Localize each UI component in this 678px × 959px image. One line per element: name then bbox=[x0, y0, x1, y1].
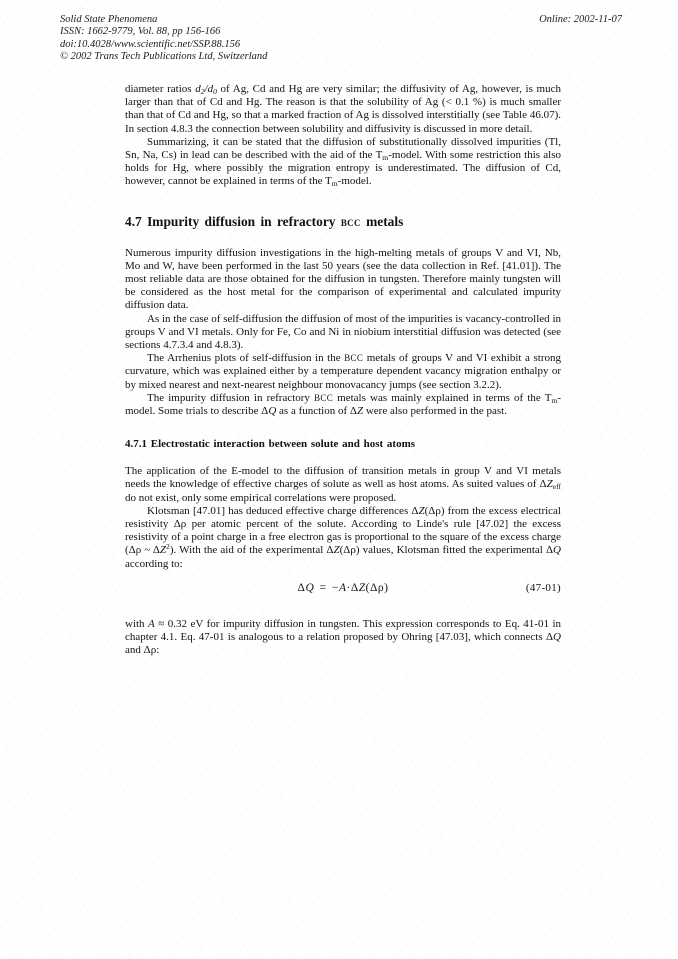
equation: ΔQ = −A·ΔZ(Δρ)(47-01) bbox=[125, 581, 561, 596]
text-segment: Numerous impurity diffusion investigatio… bbox=[125, 247, 561, 312]
paragraph: diameter ratios d2/d0 of Ag, Cd and Hg a… bbox=[125, 83, 561, 136]
text-segment: A bbox=[339, 582, 347, 594]
text-segment: Klotsman [47.01] has deduced effective c… bbox=[147, 505, 418, 517]
article-body: diameter ratios d2/d0 of Ag, Cd and Hg a… bbox=[125, 83, 561, 658]
text-segment: 4.7 Impurity diffusion in refractory bbox=[125, 214, 341, 229]
text-segment: diameter ratios bbox=[125, 83, 195, 95]
journal-copyright-line: © 2002 Trans Tech Publications Ltd, Swit… bbox=[60, 51, 267, 63]
subsection-heading: 4.7.1 Electrostatic interaction between … bbox=[125, 438, 561, 451]
journal-doi-line: doi:10.4028/www.scientific.net/SSP.88.15… bbox=[60, 39, 267, 51]
text-segment: The Arrhenius plots of self-diffusion in… bbox=[147, 352, 344, 364]
text-segment: metals bbox=[361, 214, 404, 229]
text-segment: = − bbox=[314, 582, 339, 594]
paragraph: with A ≈ 0.32 eV for impurity diffusion … bbox=[125, 618, 561, 658]
paragraph: Numerous impurity diffusion investigatio… bbox=[125, 247, 561, 313]
text-segment: Q bbox=[305, 582, 314, 594]
paragraph: The impurity diffusion in refractory BCC… bbox=[125, 392, 561, 418]
text-segment: with bbox=[125, 618, 148, 630]
text-segment: ≈ 0.32 eV for impurity diffusion in tung… bbox=[125, 618, 561, 643]
text-segment: As in the case of self-diffusion the dif… bbox=[125, 313, 561, 351]
text-segment: were also performed in the past. bbox=[363, 405, 507, 417]
text-segment: Z bbox=[359, 582, 366, 594]
text-segment: BCC bbox=[341, 218, 361, 228]
text-segment: Q bbox=[553, 631, 561, 643]
text-segment: BCC bbox=[344, 353, 363, 363]
document-page: Solid State Phenomena ISSN: 1662-9779, V… bbox=[0, 0, 678, 959]
text-segment: 4.7.1 Electrostatic interaction between … bbox=[125, 438, 415, 450]
equation-number: (47-01) bbox=[526, 581, 561, 596]
paragraph: The application of the E-model to the di… bbox=[125, 465, 561, 505]
journal-header: Solid State Phenomena ISSN: 1662-9779, V… bbox=[60, 14, 622, 64]
section-heading: 4.7 Impurity diffusion in refractory BCC… bbox=[125, 214, 561, 231]
text-segment: (Δρ) values, Klotsman fitted the experim… bbox=[340, 544, 553, 556]
journal-title: Solid State Phenomena bbox=[60, 14, 267, 26]
paragraph: As in the case of self-diffusion the dif… bbox=[125, 313, 561, 353]
text-segment: and Δρ: bbox=[125, 644, 159, 656]
text-segment: ·Δ bbox=[347, 582, 359, 594]
text-segment: ). With the aid of the experimental Δ bbox=[170, 544, 334, 556]
text-segment: (Δρ) bbox=[366, 582, 389, 594]
text-segment: A bbox=[148, 618, 155, 630]
text-segment: eff bbox=[553, 482, 561, 491]
journal-issn-line: ISSN: 1662-9779, Vol. 88, pp 156-166 bbox=[60, 26, 267, 38]
paragraph: Klotsman [47.01] has deduced effective c… bbox=[125, 505, 561, 571]
text-segment: metals was mainly explained in terms of … bbox=[333, 392, 551, 404]
text-segment: The application of the E-model to the di… bbox=[125, 465, 561, 490]
text-segment: BCC bbox=[314, 393, 333, 403]
paragraph: The Arrhenius plots of self-diffusion in… bbox=[125, 352, 561, 392]
text-segment: The impurity diffusion in refractory bbox=[147, 392, 314, 404]
paragraph: Summarizing, it can be stated that the d… bbox=[125, 136, 561, 189]
text-segment: Q bbox=[553, 544, 561, 556]
text-segment: do not exist, only some empirical correl… bbox=[125, 492, 396, 504]
text-segment: as a function of Δ bbox=[276, 405, 357, 417]
text-segment: according to: bbox=[125, 558, 183, 570]
online-date: Online: 2002-11-07 bbox=[539, 14, 622, 26]
journal-meta: Solid State Phenomena ISSN: 1662-9779, V… bbox=[60, 14, 267, 64]
equation-formula: ΔQ = −A·ΔZ(Δρ) bbox=[298, 582, 389, 594]
text-segment: -model. bbox=[338, 175, 372, 187]
